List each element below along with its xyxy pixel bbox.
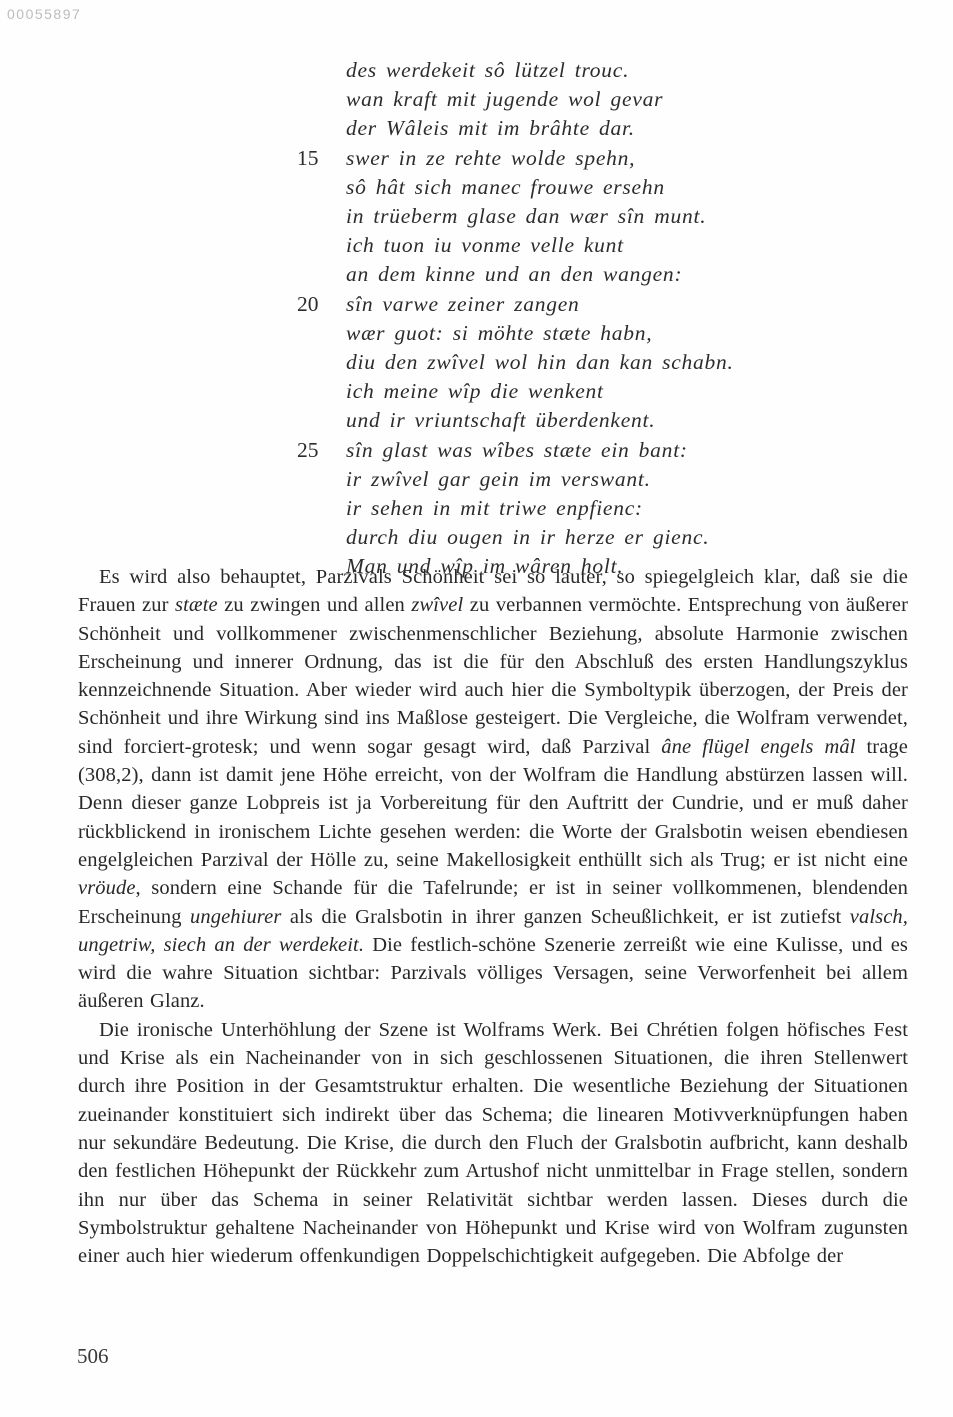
verse-line: sô hât sich manec frouwe ersehn <box>297 173 734 202</box>
verse-line: diu den zwîvel wol hin dan kan schabn. <box>297 348 734 377</box>
italic-term: stæte <box>175 594 218 616</box>
verse-line: und ir vriuntschaft überdenkent. <box>297 406 734 435</box>
verse-line-text: durch diu ougen in ir herze er gienc. <box>346 523 709 552</box>
verse-line-number <box>297 56 346 85</box>
verse-line-text: ich tuon iu vonme velle kunt <box>346 231 624 260</box>
verse-line-number <box>297 173 346 202</box>
paragraph: Die ironische Unterhöhlung der Szene ist… <box>78 1016 908 1271</box>
verse-line-text: wan kraft mit jugende wol gevar <box>346 85 663 114</box>
verse-line-number <box>297 494 346 523</box>
verse-line: wær guot: si möhte stæte habn, <box>297 319 734 348</box>
verse-line: ir sehen in mit triwe enpfienc: <box>297 494 734 523</box>
verse-line: des werdekeit sô lützel trouc. <box>297 56 734 85</box>
verse-line: durch diu ougen in ir herze er gienc. <box>297 523 734 552</box>
italic-term: âne flügel engels mâl <box>661 736 855 758</box>
italic-term: zwîvel <box>411 594 463 616</box>
verse-line-text: des werdekeit sô lützel trouc. <box>346 56 629 85</box>
verse-line-text: sîn glast was wîbes stæte ein bant: <box>346 436 688 465</box>
verse-line: der Wâleis mit im brâhte dar. <box>297 114 734 143</box>
verse-line: 15swer in ze rehte wolde spehn, <box>297 144 734 173</box>
text-segment: zu zwingen und allen <box>218 594 412 616</box>
verse-line-number <box>297 114 346 143</box>
verse-line: ich tuon iu vonme velle kunt <box>297 231 734 260</box>
verse-line-number <box>297 348 346 377</box>
text-segment: Die ironische Unterhöhlung der Szene ist… <box>78 1019 908 1267</box>
verse-line-number <box>297 465 346 494</box>
verse-line-text: swer in ze rehte wolde spehn, <box>346 144 635 173</box>
text-segment: zu verbannen vermöchte. Entsprechung von… <box>78 594 908 757</box>
verse-line-text: in trüeberm glase dan wær sîn munt. <box>346 202 706 231</box>
verse-line: ir zwîvel gar gein im verswant. <box>297 465 734 494</box>
verse-line-text: und ir vriuntschaft überdenkent. <box>346 406 655 435</box>
verse-line-number <box>297 202 346 231</box>
verse-line-number <box>297 377 346 406</box>
verse-line-text: der Wâleis mit im brâhte dar. <box>346 114 635 143</box>
verse-line-text: an dem kinne und an den wangen: <box>346 260 682 289</box>
verse-line-text: diu den zwîvel wol hin dan kan schabn. <box>346 348 734 377</box>
verse-line-number <box>297 260 346 289</box>
paragraph: Es wird also behauptet, Parzivals Schönh… <box>78 563 908 1016</box>
verse-line-text: ir sehen in mit triwe enpfienc: <box>346 494 643 523</box>
verse-line-number: 25 <box>297 436 346 465</box>
verse-line: 25sîn glast was wîbes stæte ein bant: <box>297 436 734 465</box>
verse-line-number <box>297 319 346 348</box>
verse-line: ich meine wîp die wenkent <box>297 377 734 406</box>
verse-line: wan kraft mit jugende wol gevar <box>297 85 734 114</box>
verse-line-number: 15 <box>297 144 346 173</box>
verse-block: des werdekeit sô lützel trouc.wan kraft … <box>297 56 734 582</box>
page-number: 506 <box>77 1344 109 1369</box>
italic-term: ungehiurer <box>190 906 281 928</box>
verse-line-text: sîn varwe zeiner zangen <box>346 290 580 319</box>
verse-line-text: ir zwîvel gar gein im verswant. <box>346 465 651 494</box>
verse-line-number: 20 <box>297 290 346 319</box>
verse-line: in trüeberm glase dan wær sîn munt. <box>297 202 734 231</box>
verse-line-number <box>297 406 346 435</box>
scan-number: 00055897 <box>7 6 81 22</box>
verse-line: an dem kinne und an den wangen: <box>297 260 734 289</box>
verse-line-number <box>297 231 346 260</box>
verse-line-number <box>297 85 346 114</box>
book-page: 00055897 des werdekeit sô lützel trouc.w… <box>0 0 953 1417</box>
verse-line: 20sîn varwe zeiner zangen <box>297 290 734 319</box>
verse-line-text: sô hât sich manec frouwe ersehn <box>346 173 665 202</box>
prose-body: Es wird also behauptet, Parzivals Schönh… <box>78 563 908 1270</box>
text-segment: als die Gralsbotin in ihrer ganzen Scheu… <box>281 906 849 928</box>
italic-term: vröude <box>78 877 136 899</box>
verse-line-number <box>297 523 346 552</box>
verse-line-text: ich meine wîp die wenkent <box>346 377 604 406</box>
verse-line-text: wær guot: si möhte stæte habn, <box>346 319 652 348</box>
